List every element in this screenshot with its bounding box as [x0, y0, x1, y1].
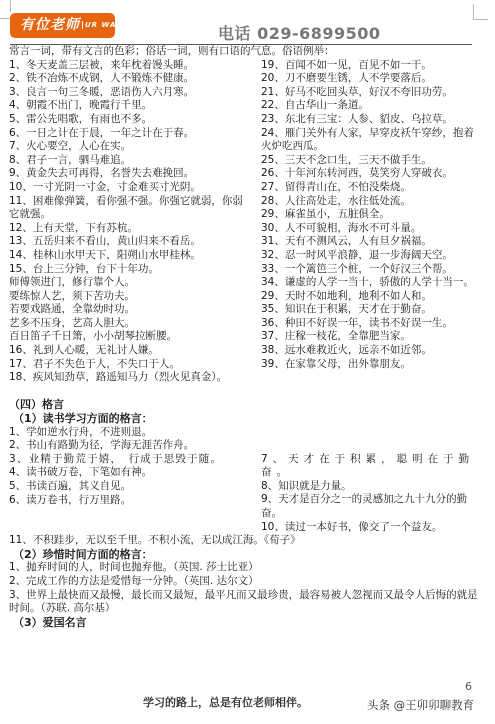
maxim-list-left: 1、学如逆水行舟，不进则退。 2、书山有路勤为径，学海无涯苦作舟。 3、业精于勤…	[9, 426, 253, 535]
list-item: 百日笛子千日箫，小小胡琴拉断腰。	[9, 330, 253, 344]
logo-sub: UR WAY	[82, 21, 122, 29]
list-item: 29、天时不如地利，地利不如人和。	[261, 290, 479, 304]
list-item: 11、困难像弹簧，看你强不强。你强它就弱，你弱它就强。	[9, 195, 253, 222]
intro-text: 常言一词，带有文言的色彩；俗话一词，则有口语的气息。俗语例举：	[9, 45, 479, 59]
list-item: 30、人不可貌相，海水不可斗量。	[261, 222, 479, 236]
proverb-columns: 1、冬天麦盖三层被，来年枕着馒头睡。 2、铁不冶炼不成钢，人不锻炼不健康。 3、…	[9, 59, 479, 385]
list-item: 5、雷公先唱歌，有雨也不多。	[9, 113, 253, 127]
list-item: 艺多不压身，艺高人胆大。	[9, 317, 253, 331]
document-body: 常言一词，带有文言的色彩；俗话一词，则有口语的气息。俗语例举： 1、冬天麦盖三层…	[9, 45, 479, 629]
list-item: 9、黄金失去可再得，名誉失去难挽回。	[9, 167, 253, 181]
list-item: 33、一个篱笆三个桩，一个好汉三个帮。	[261, 263, 479, 277]
list-item: 9、天才是百分之一的灵感加之九十九分的勤奋。	[261, 493, 479, 520]
list-item: 8、知识就是力量。	[261, 480, 479, 494]
list-item: 21、好马不吃回头草，好汉不夸旧功劳。	[261, 86, 479, 100]
list-item: 12、上有天堂，下有苏杭。	[9, 222, 253, 236]
list-item: 26、十年河东转河西，莫笑穷人穿破衣。	[261, 167, 479, 181]
list-item: 6、读万卷书，行万里路。	[9, 494, 253, 508]
list-item: 10、一寸光阴一寸金，寸金难买寸光阴。	[9, 181, 253, 195]
list-item: 3、良言一句三冬暖，恶语伤人六月寒。	[9, 86, 253, 100]
list-item: 2、铁不冶炼不成钢，人不锻炼不健康。	[9, 72, 253, 86]
list-item: 10、读过一本好书，像交了一个益友。	[261, 521, 479, 535]
list-item: 若要戏路通，全靠幼时功。	[9, 303, 253, 317]
list-item: 22、自古华山一条道。	[261, 99, 479, 113]
maxim-list-right: 7、天才在于积累，聪明在于勤奋。 8、知识就是力量。 9、天才是百分之一的灵感加…	[253, 426, 479, 535]
list-item: 7、火心要空，人心在实。	[9, 140, 253, 154]
list-item: 1、抛弃时间的人，时间也抛弃他。（英国. 莎士比亚）	[9, 561, 479, 575]
list-item: 5、书读百遍，其义自见。	[9, 480, 253, 494]
list-item: 32、忍一时风平浪静，退一步海阔天空。	[261, 249, 479, 263]
list-item: 25、三天不念口生，三天不做手生。	[261, 154, 479, 168]
list-item: 17、君子不失色于人，不失口于人。	[9, 358, 253, 372]
brand-logo: 有位老师UR WAY	[10, 13, 115, 38]
maxim-columns: 1、学如逆水行舟，不进则退。 2、书山有路勤为径，学海无涯苦作舟。 3、业精于勤…	[9, 426, 479, 535]
spacer	[9, 385, 479, 399]
subsection-heading: （1）读书学习方面的格言：	[9, 412, 479, 426]
list-item: 35、知识在于积累，天才在于勤奋。	[261, 303, 479, 317]
list-item: 1、冬天麦盖三层被，来年枕着馒头睡。	[9, 59, 253, 73]
list-item: 29、麻雀虽小，五脏俱全。	[261, 208, 479, 222]
proverb-list-left: 1、冬天麦盖三层被，来年枕着馒头睡。 2、铁不冶炼不成钢，人不锻炼不健康。 3、…	[9, 59, 253, 385]
list-item: 6、一日之计在于晨，一年之计在于春。	[9, 127, 253, 141]
list-item: 3、业精于勤荒于嬉， 行成于思毁于随。	[9, 453, 253, 467]
crop-mark-top-left	[10, 0, 11, 12]
list-item: 师傅领进门，修行靠个人。	[9, 276, 253, 290]
page-number: 6	[465, 680, 472, 693]
list-item: 34、谦虚的人学一当十，骄傲的人学十当一。	[261, 276, 479, 290]
list-item: 28、人往高处走，水往低处流。	[261, 195, 479, 209]
logo-text: 有位老师	[20, 17, 80, 33]
proverb-list-right: 19、百闻不如一见，百见不如一干。 20、刀不磨要生锈，人不学要落后。 21、好…	[253, 59, 479, 385]
list-item: 要练惊人艺，须下苦功夫。	[9, 290, 253, 304]
list-item: 3、世界上最快而又最慢，最长而又最短，最平凡而又最珍贵，最容易被人忽视而又最令人…	[9, 589, 479, 616]
crop-mark-left	[0, 18, 10, 19]
list-item: 27、留得青山在，不怕没柴烧。	[261, 181, 479, 195]
watermark: 头条 @王卯卯聊教育	[367, 697, 474, 713]
phone-number: 电话 029-6899500	[218, 21, 381, 44]
list-item: 13、五岳归来不看山，黄山归来不看岳。	[9, 235, 253, 249]
list-item: 39、在家靠父母，出外靠朋友。	[261, 358, 479, 372]
subsection-heading: （2）珍惜时间方面的格言：	[9, 548, 479, 562]
list-item: 2、书山有路勤为径，学海无涯苦作舟。	[9, 439, 253, 453]
list-item: 18、疾风知劲草，路遥知马力（烈火见真金）。	[9, 371, 253, 385]
section-heading: （四）格言	[9, 398, 479, 412]
subsection-heading: （3）爱国名言	[9, 616, 479, 630]
list-item: 8、君子一言，驷马难追。	[9, 154, 253, 168]
list-item: 16、礼到人心暖，无礼讨人嫌。	[9, 344, 253, 358]
list-item: 4、朝霞不出门，晚霞行千里。	[9, 99, 253, 113]
list-item: 2、完成工作的方法是爱惜每一分钟。（英国. 达尔文）	[9, 575, 479, 589]
list-item: 1、学如逆水行舟，不进则退。	[9, 426, 253, 440]
list-item: 37、庄稼一枝花，全靠肥当家。	[261, 330, 479, 344]
list-item: 36、种田不好误一年，读书不好误一生。	[261, 317, 479, 331]
list-item: 4、读书破万卷，下笔如有神。	[9, 466, 253, 480]
list-item: 24、雁门关外有人家，早穿皮袄午穿纱，抱着火炉吃西瓜。	[261, 127, 479, 154]
crop-mark-top-right	[473, 4, 474, 19]
list-item: 7、天才在于积累，聪明在于勤奋。	[261, 453, 479, 480]
list-item: 31、天有不测风云，人有旦夕祸福。	[261, 235, 479, 249]
list-item: 19、百闻不如一见，百见不如一干。	[261, 59, 479, 73]
crop-mark-right	[473, 19, 488, 20]
list-item: 14、桂林山水甲天下，阳朔山水甲桂林。	[9, 249, 253, 263]
list-item: 23、东北有三宝：人参、貂皮、乌拉草。	[261, 113, 479, 127]
list-item: 20、刀不磨要生锈，人不学要落后。	[261, 72, 479, 86]
list-item: 15、台上三分钟，台下十年功。	[9, 263, 253, 277]
list-item: 11、不积跬步，无以至千里。不积小流，无以成江海。《荀子》	[9, 534, 479, 548]
list-item: 38、远水难救近火，远亲不如近邻。	[261, 344, 479, 358]
footer-motto: 学习的路上，总是有位老师相伴。	[143, 694, 308, 710]
